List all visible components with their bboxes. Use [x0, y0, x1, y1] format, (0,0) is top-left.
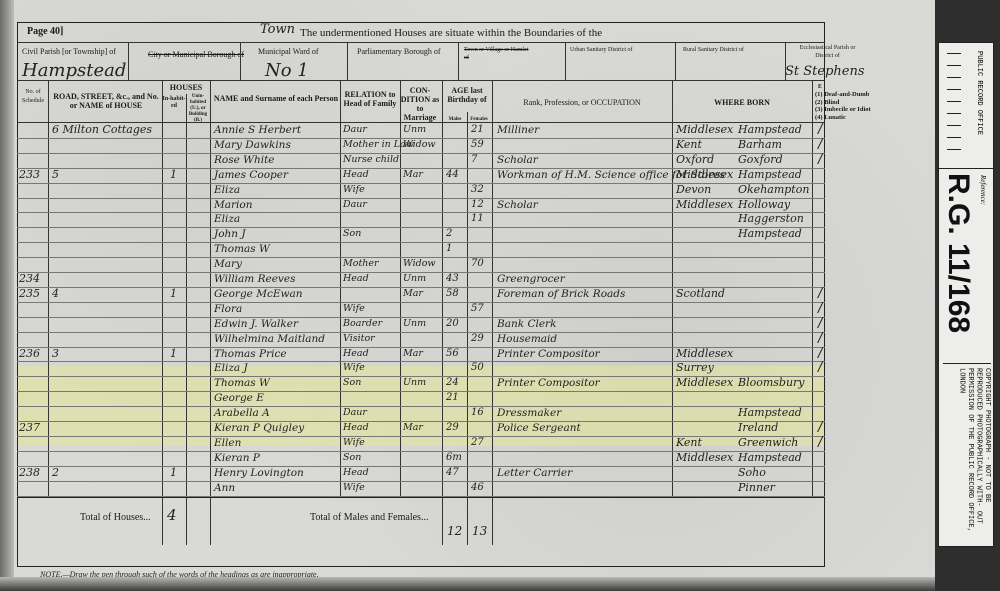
row-place: Hampstead	[738, 451, 802, 465]
row-male-age: 43	[446, 272, 459, 286]
total-persons-label: Total of Males and Females...	[310, 512, 428, 523]
copyright-notice: COPYRIGHT PHOTOGRAPH - NOT TO BE REPRODU…	[943, 363, 991, 548]
row-name: Marion	[214, 198, 252, 212]
page-label: Page 40]	[27, 26, 63, 37]
row-infirmity-tick: /	[818, 332, 822, 346]
row-occupation: Greengrocer	[497, 272, 565, 286]
col-age: AGE last Birthday of	[442, 86, 492, 104]
row-infirmity-tick: /	[818, 421, 822, 435]
row-county: Middlesex	[676, 451, 733, 465]
row-female-age: 21	[471, 123, 484, 137]
col-where-born: WHERE BORN	[672, 98, 812, 107]
row-road: 2	[52, 466, 59, 480]
civil-parish-label: Civil Parish [or Township] of	[22, 47, 116, 56]
row-occupation: Housemaid	[497, 332, 557, 346]
row-schedule: 237	[19, 421, 40, 435]
row-place: Hampstead	[738, 406, 802, 420]
row-name: Annie S Herbert	[214, 123, 301, 137]
row-condition: Unm	[403, 376, 426, 390]
ecclesiastical-label: Ecclesiastical Parish or District of	[795, 44, 860, 60]
row-male-age: 20	[446, 317, 459, 331]
total-houses-value: 4	[167, 506, 177, 524]
row-name: Mary	[214, 257, 242, 271]
rural-sanitary-label: Rural Sanitary District of	[683, 47, 744, 53]
row-name: Flora	[214, 302, 242, 316]
row-name: Edwin J. Walker	[214, 317, 298, 331]
row-relation: Head	[343, 421, 369, 435]
row-female-age: 50	[471, 361, 484, 375]
row-county: Scotland	[676, 287, 725, 301]
row-female-age: 32	[471, 183, 484, 197]
row-name: George McEwan	[214, 287, 303, 301]
col-condition: CON-DITION as to Marriage	[400, 86, 440, 122]
row-infirmity-tick: /	[818, 153, 822, 167]
town-word: Town	[260, 22, 295, 37]
row-place: Goxford	[738, 153, 783, 167]
row-male-age: 6m	[446, 451, 462, 465]
row-name: Henry Lovington	[214, 466, 304, 480]
row-female-age: 7	[471, 153, 477, 167]
row-name: Wilhelmina Maitland	[214, 332, 325, 346]
row-relation: Daur	[343, 406, 367, 420]
row-place: Soho	[738, 466, 766, 480]
row-condition: Unm	[403, 272, 426, 286]
row-male-age: 24	[446, 376, 459, 390]
row-relation: Nurse child	[343, 153, 399, 167]
row-condition: Mar	[403, 421, 423, 435]
row-relation: Head	[343, 347, 369, 361]
row-infirmity-tick: /	[818, 347, 822, 361]
row-condition: Mar	[403, 347, 423, 361]
row-occupation: Milliner	[497, 123, 539, 137]
row-infirmity-tick: /	[818, 287, 822, 301]
row-county: Middlesex	[676, 168, 733, 182]
row-schedule: 235	[19, 287, 40, 301]
row-female-age: 29	[471, 332, 484, 346]
row-male-age: 29	[446, 421, 459, 435]
row-relation: Head	[343, 466, 369, 480]
row-place: Pinner	[738, 481, 775, 495]
row-male-age: 56	[446, 347, 459, 361]
row-place: Ireland	[738, 421, 778, 435]
row-road: 5	[52, 168, 59, 182]
row-occupation: Foreman of Brick Roads	[497, 287, 625, 301]
urban-sanitary-label: Urban Sanitary District of	[570, 47, 632, 53]
row-female-age: 16	[471, 406, 484, 420]
row-name: Arabella A	[214, 406, 270, 420]
row-county: Oxford	[676, 153, 714, 167]
row-male-age: 2	[446, 227, 452, 241]
row-relation: Wife	[343, 436, 365, 450]
row-condition: Mar	[403, 168, 423, 182]
infirmity-1: (1) Deaf-and-Dumb	[815, 91, 871, 99]
row-name: Mary Dawkins	[214, 138, 291, 152]
col-road: ROAD, STREET, &c., and No. or NAME of HO…	[50, 92, 162, 110]
row-occupation: Dressmaker	[497, 406, 561, 420]
town-village-label: Town or Village or Hamlet of	[464, 46, 529, 62]
row-occupation: Letter Carrier	[497, 466, 572, 480]
row-name: Thomas Price	[214, 347, 287, 361]
total-houses-label: Total of Houses...	[80, 512, 151, 523]
row-place: Haggerston	[738, 212, 804, 226]
row-relation: Daur	[343, 123, 367, 137]
footnote: NOTE.—Draw the pen through such of the w…	[40, 570, 319, 579]
row-female-age: 11	[471, 212, 484, 226]
row-male-age: 47	[446, 466, 459, 480]
row-relation: Son	[343, 451, 361, 465]
row-place: Hampstead	[738, 123, 802, 137]
ruler: PUBLIC RECORD OFFICE	[939, 43, 993, 169]
ecclesiastical-value: St Stephens	[785, 64, 865, 79]
row-relation: Wife	[343, 481, 365, 495]
col-houses: HOUSES	[162, 83, 210, 92]
row-place: Bloomsbury	[738, 376, 805, 390]
row-place: Greenwich	[738, 436, 798, 450]
row-name: Thomas W	[214, 376, 270, 390]
col-schedule: No. of Schedule	[18, 88, 48, 106]
infirmity-4: (4) Lunatic	[815, 114, 871, 122]
infirmity-3: (3) Imbecile or Idiot	[815, 106, 871, 114]
row-schedule: 233	[19, 168, 40, 182]
row-infirmity-tick: /	[818, 138, 822, 152]
row-county: Kent	[676, 436, 702, 450]
census-page: Page 40] Town The undermentioned Houses …	[0, 0, 935, 591]
row-relation: Head	[343, 168, 369, 182]
row-place: Holloway	[738, 198, 790, 212]
parliamentary-borough-label: Parliamentary Borough of	[357, 47, 441, 56]
row-name: Thomas W	[214, 242, 270, 256]
row-condition: Widow	[403, 138, 436, 152]
reference-label: Reference:	[979, 175, 987, 205]
city-label: City or Municipal Borough of	[148, 50, 244, 59]
row-infirmity-tick: /	[818, 123, 822, 137]
civil-parish-value: Hampstead	[22, 60, 126, 81]
row-inhabited: 1	[170, 168, 177, 182]
row-name: Kieran P Quigley	[214, 421, 304, 435]
row-occupation: Printer Compositor	[497, 347, 600, 361]
row-county: Middlesex	[676, 347, 733, 361]
municipal-ward-value: No 1	[265, 60, 309, 81]
row-male-age: 58	[446, 287, 459, 301]
row-relation: Head	[343, 272, 369, 286]
row-relation: Mother	[343, 257, 379, 271]
row-name: Ann	[214, 481, 235, 495]
row-place: Barham	[738, 138, 782, 152]
row-condition: Unm	[403, 317, 426, 331]
row-female-age: 46	[471, 481, 484, 495]
row-county: Middlesex	[676, 123, 733, 137]
row-schedule: 234	[19, 272, 40, 286]
row-road: 3	[52, 347, 59, 361]
row-relation: Son	[343, 376, 361, 390]
row-relation: Visitor	[343, 332, 375, 346]
row-relation: Wife	[343, 361, 365, 375]
col-occupation: Rank, Profession, or OCCUPATION	[492, 98, 672, 107]
row-relation: Boarder	[343, 317, 382, 331]
total-males-value: 12	[447, 524, 462, 538]
row-name: Ellen	[214, 436, 241, 450]
row-name: George E	[214, 391, 264, 405]
total-females-value: 13	[472, 524, 487, 538]
row-male-age: 44	[446, 168, 459, 182]
row-occupation: Police Sergeant	[497, 421, 581, 435]
row-inhabited: 1	[170, 466, 177, 480]
row-county: Devon	[676, 183, 711, 197]
row-relation: Wife	[343, 302, 365, 316]
col-relation: RELATION to Head of Family	[340, 90, 400, 108]
row-schedule: 236	[19, 347, 40, 361]
row-condition: Unm	[403, 123, 426, 137]
row-occupation: Scholar	[497, 198, 538, 212]
municipal-ward-label: Municipal Ward of	[258, 47, 319, 56]
row-name: William Reeves	[214, 272, 295, 286]
row-county: Middlesex	[676, 198, 733, 212]
row-name: Kieran P	[214, 451, 260, 465]
row-name: Eliza J	[214, 361, 248, 375]
row-road: 4	[52, 287, 59, 301]
row-county: Middlesex	[676, 376, 733, 390]
col-name: NAME and Surname of each Person	[212, 94, 340, 103]
header-title: The undermentioned Houses are situate wi…	[300, 27, 602, 39]
row-schedule: 238	[19, 466, 40, 480]
row-occupation: Scholar	[497, 153, 538, 167]
row-relation: Son	[343, 227, 361, 241]
row-occupation: Printer Compositor	[497, 376, 600, 390]
row-county: Kent	[676, 138, 702, 152]
row-name: Eliza	[214, 212, 240, 226]
row-female-age: 59	[471, 138, 484, 152]
reference-number: R.G. 11/168	[941, 173, 975, 333]
row-condition: Widow	[403, 257, 436, 271]
col-inhabited: In-habit-ed	[162, 96, 186, 110]
row-road: 6 Milton Cottages	[52, 123, 152, 137]
row-relation: Daur	[343, 198, 367, 212]
row-female-age: 57	[471, 302, 484, 316]
public-record-office-label: PUBLIC RECORD OFFICE	[975, 51, 983, 135]
row-place: Okehampton	[738, 183, 809, 197]
row-name: Eliza	[214, 183, 240, 197]
row-inhabited: 1	[170, 347, 177, 361]
row-infirmity-tick: /	[818, 361, 822, 375]
row-infirmity-tick: /	[818, 317, 822, 331]
row-male-age: 21	[446, 391, 459, 405]
row-place: Hampstead	[738, 168, 802, 182]
row-name: James Cooper	[214, 168, 288, 182]
row-inhabited: 1	[170, 287, 177, 301]
row-place: Hampstead	[738, 227, 802, 241]
infirmity-2: (2) Blind	[815, 99, 871, 107]
row-female-age: 27	[471, 436, 484, 450]
row-infirmity-tick: /	[818, 302, 822, 316]
row-male-age: 1	[446, 242, 452, 256]
row-infirmity-tick: /	[818, 436, 822, 450]
row-name: Rose White	[214, 153, 275, 167]
row-occupation: Bank Clerk	[497, 317, 556, 331]
row-name: John J	[214, 227, 246, 241]
reference-strip: PUBLIC RECORD OFFICE Reference: R.G. 11/…	[938, 42, 994, 547]
row-relation: Wife	[343, 183, 365, 197]
row-female-age: 70	[471, 257, 484, 271]
row-female-age: 12	[471, 198, 484, 212]
row-condition: Mar	[403, 287, 423, 301]
col-uninhabited: Unin-habited (U.), or Building (B.)	[186, 94, 210, 124]
row-county: Surrey	[676, 361, 714, 375]
